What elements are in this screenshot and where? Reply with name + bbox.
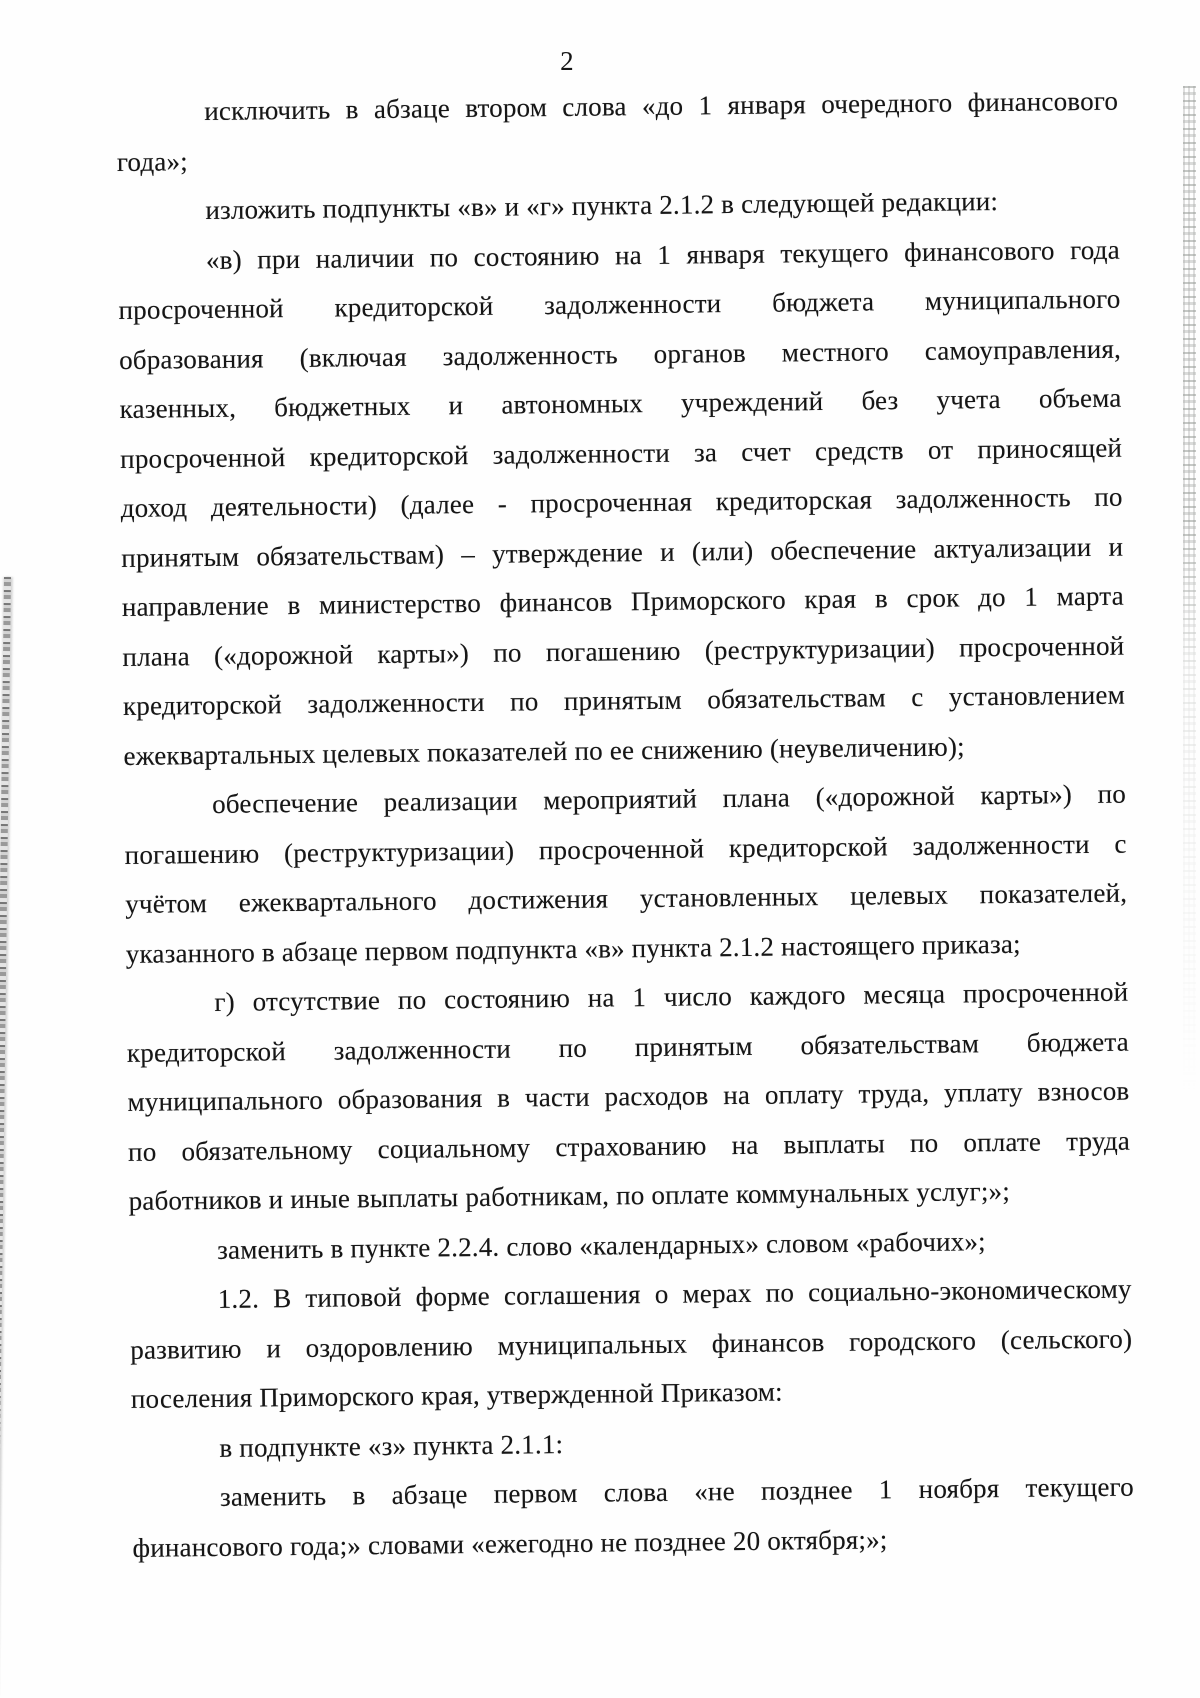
scan-artifact-right-speckles — [1183, 86, 1196, 1096]
page-number: 2 — [552, 46, 582, 77]
document-page: 2 исключитьвабзацевторомслова«до1январяо… — [0, 0, 1200, 1698]
scan-artifact-left-streak — [0, 577, 11, 1695]
document-text-block: исключитьвабзацевторомслова«до1январяоче… — [116, 77, 1135, 1573]
